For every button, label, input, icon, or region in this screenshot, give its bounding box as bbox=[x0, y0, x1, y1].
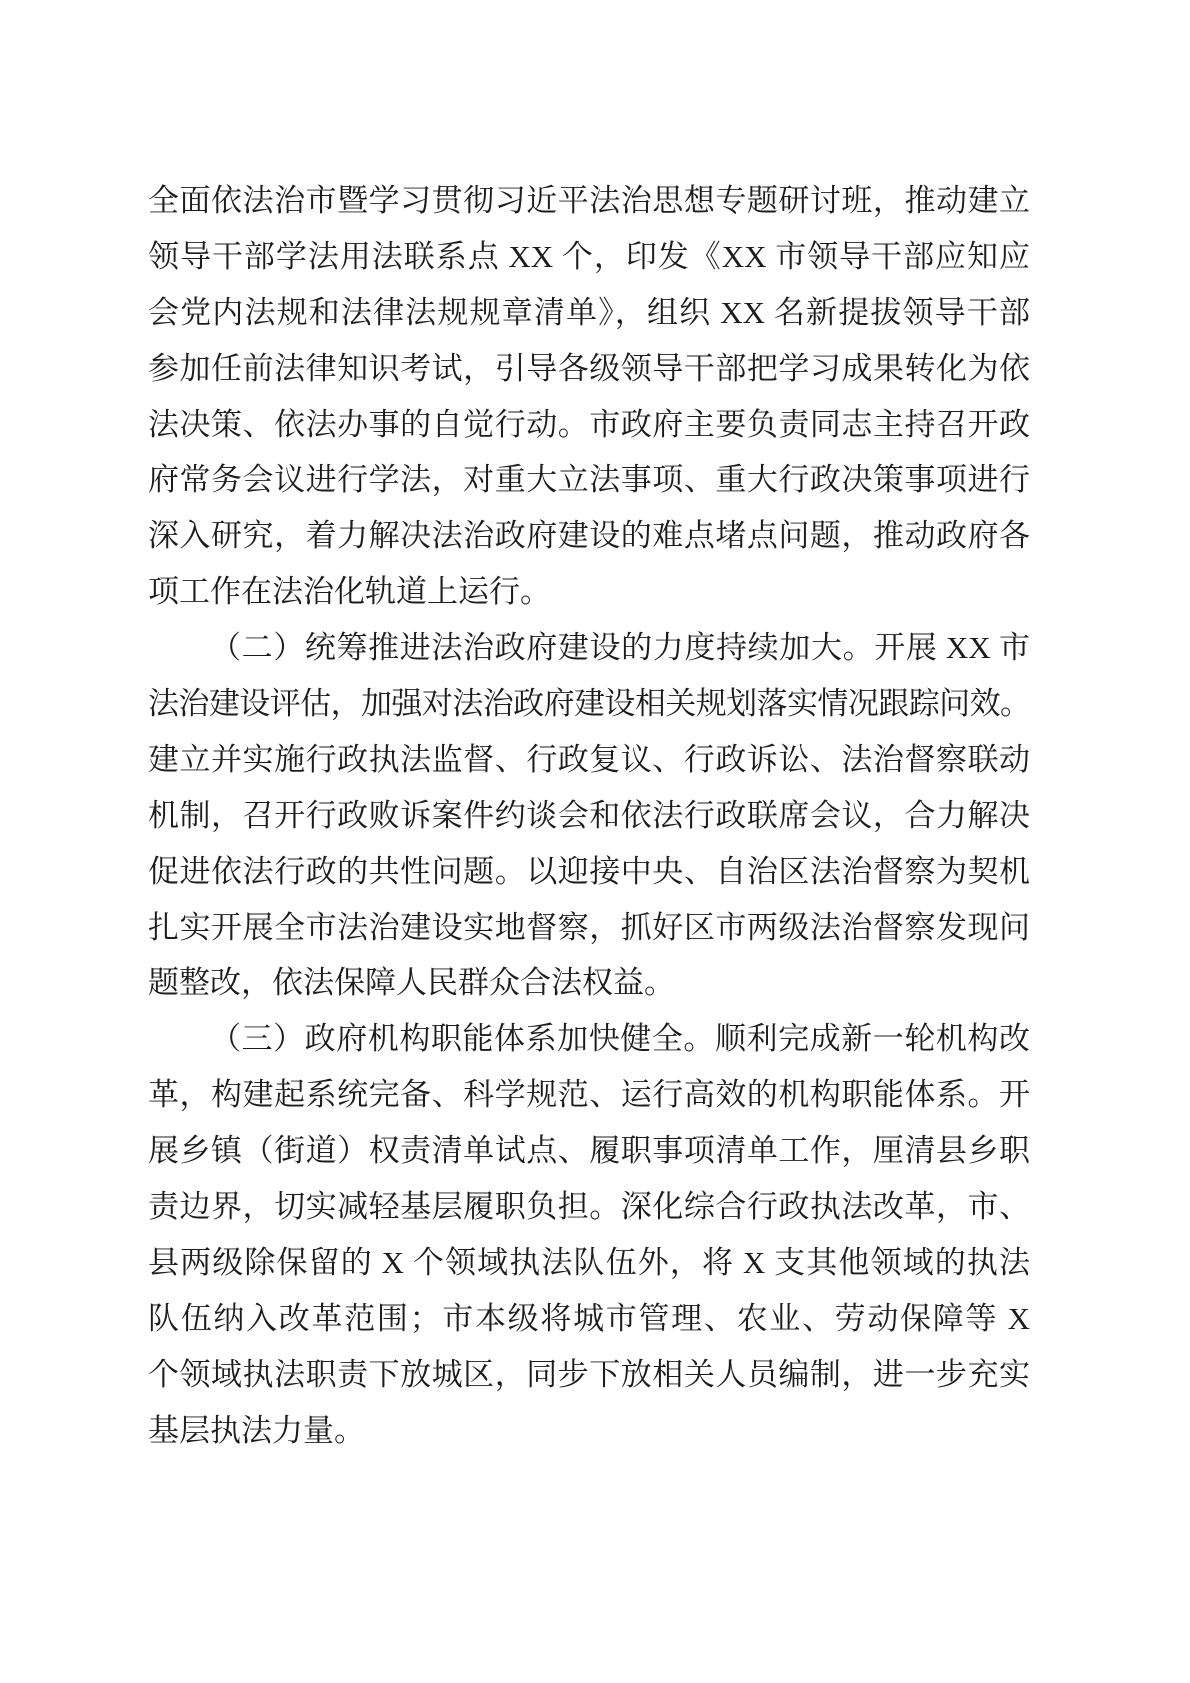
document-line: 题整改，依法保障人民群众合法权益。 bbox=[148, 955, 1030, 1011]
document-line: 全面依法治市暨学习贯彻习近平法治思想专题研讨班，推动建立 bbox=[148, 173, 1030, 229]
document-line: 展乡镇（街道）权责清单试点、履职事项清单工作，厘清县乡职 bbox=[148, 1123, 1030, 1179]
document-line: 深入研究，着力解决法治政府建设的难点堵点问题，推动政府各 bbox=[148, 508, 1030, 564]
document-line: 责边界，切实减轻基层履职负担。深化综合行政执法改革，市、 bbox=[148, 1179, 1030, 1235]
document-page: 全面依法治市暨学习贯彻习近平法治思想专题研讨班，推动建立 领导干部学法用法联系点… bbox=[0, 0, 1190, 1683]
document-line: （二）统筹推进法治政府建设的力度持续加大。开展 XX 市 bbox=[148, 620, 1030, 676]
document-line: 项工作在法治化轨道上运行。 bbox=[148, 564, 1030, 620]
document-line: 个领域执法职责下放城区，同步下放相关人员编制，进一步充实 bbox=[148, 1347, 1030, 1403]
document-line: 府常务会议进行学法，对重大立法事项、重大行政决策事项进行 bbox=[148, 452, 1030, 508]
paragraph-continued: 全面依法治市暨学习贯彻习近平法治思想专题研讨班，推动建立 领导干部学法用法联系点… bbox=[148, 173, 1030, 620]
paragraph-section-3: （三）政府机构职能体系加快健全。顺利完成新一轮机构改 革，构建起系统完备、科学规… bbox=[148, 1011, 1030, 1458]
document-line: 机制，召开行政败诉案件约谈会和依法行政联席会议，合力解决 bbox=[148, 788, 1030, 844]
document-line: 建立并实施行政执法监督、行政复议、行政诉讼、法治督察联动 bbox=[148, 732, 1030, 788]
document-line: 革，构建起系统完备、科学规范、运行高效的机构职能体系。开 bbox=[148, 1067, 1030, 1123]
document-line: 法决策、依法办事的自觉行动。市政府主要负责同志主持召开政 bbox=[148, 397, 1030, 453]
document-line: 扎实开展全市法治建设实地督察，抓好区市两级法治督察发现问 bbox=[148, 900, 1030, 956]
document-line: 会党内法规和法律法规规章清单》，组织 XX 名新提拔领导干部 bbox=[148, 285, 1030, 341]
document-line: 县两级除保留的 X 个领域执法队伍外，将 X 支其他领域的执法 bbox=[148, 1235, 1030, 1291]
document-line: （三）政府机构职能体系加快健全。顺利完成新一轮机构改 bbox=[148, 1011, 1030, 1067]
document-line: 促进依法行政的共性问题。以迎接中央、自治区法治督察为契机 bbox=[148, 844, 1030, 900]
paragraph-section-2: （二）统筹推进法治政府建设的力度持续加大。开展 XX 市 法治建设评估，加强对法… bbox=[148, 620, 1030, 1011]
document-line: 队伍纳入改革范围；市本级将城市管理、农业、劳动保障等 X bbox=[148, 1291, 1030, 1347]
document-line: 参加任前法律知识考试，引导各级领导干部把学习成果转化为依 bbox=[148, 341, 1030, 397]
document-line: 法治建设评估，加强对法治政府建设相关规划落实情况跟踪问效。 bbox=[148, 676, 1030, 732]
document-line: 基层执法力量。 bbox=[148, 1403, 1030, 1459]
document-line: 领导干部学法用法联系点 XX 个，印发《XX 市领导干部应知应 bbox=[148, 229, 1030, 285]
